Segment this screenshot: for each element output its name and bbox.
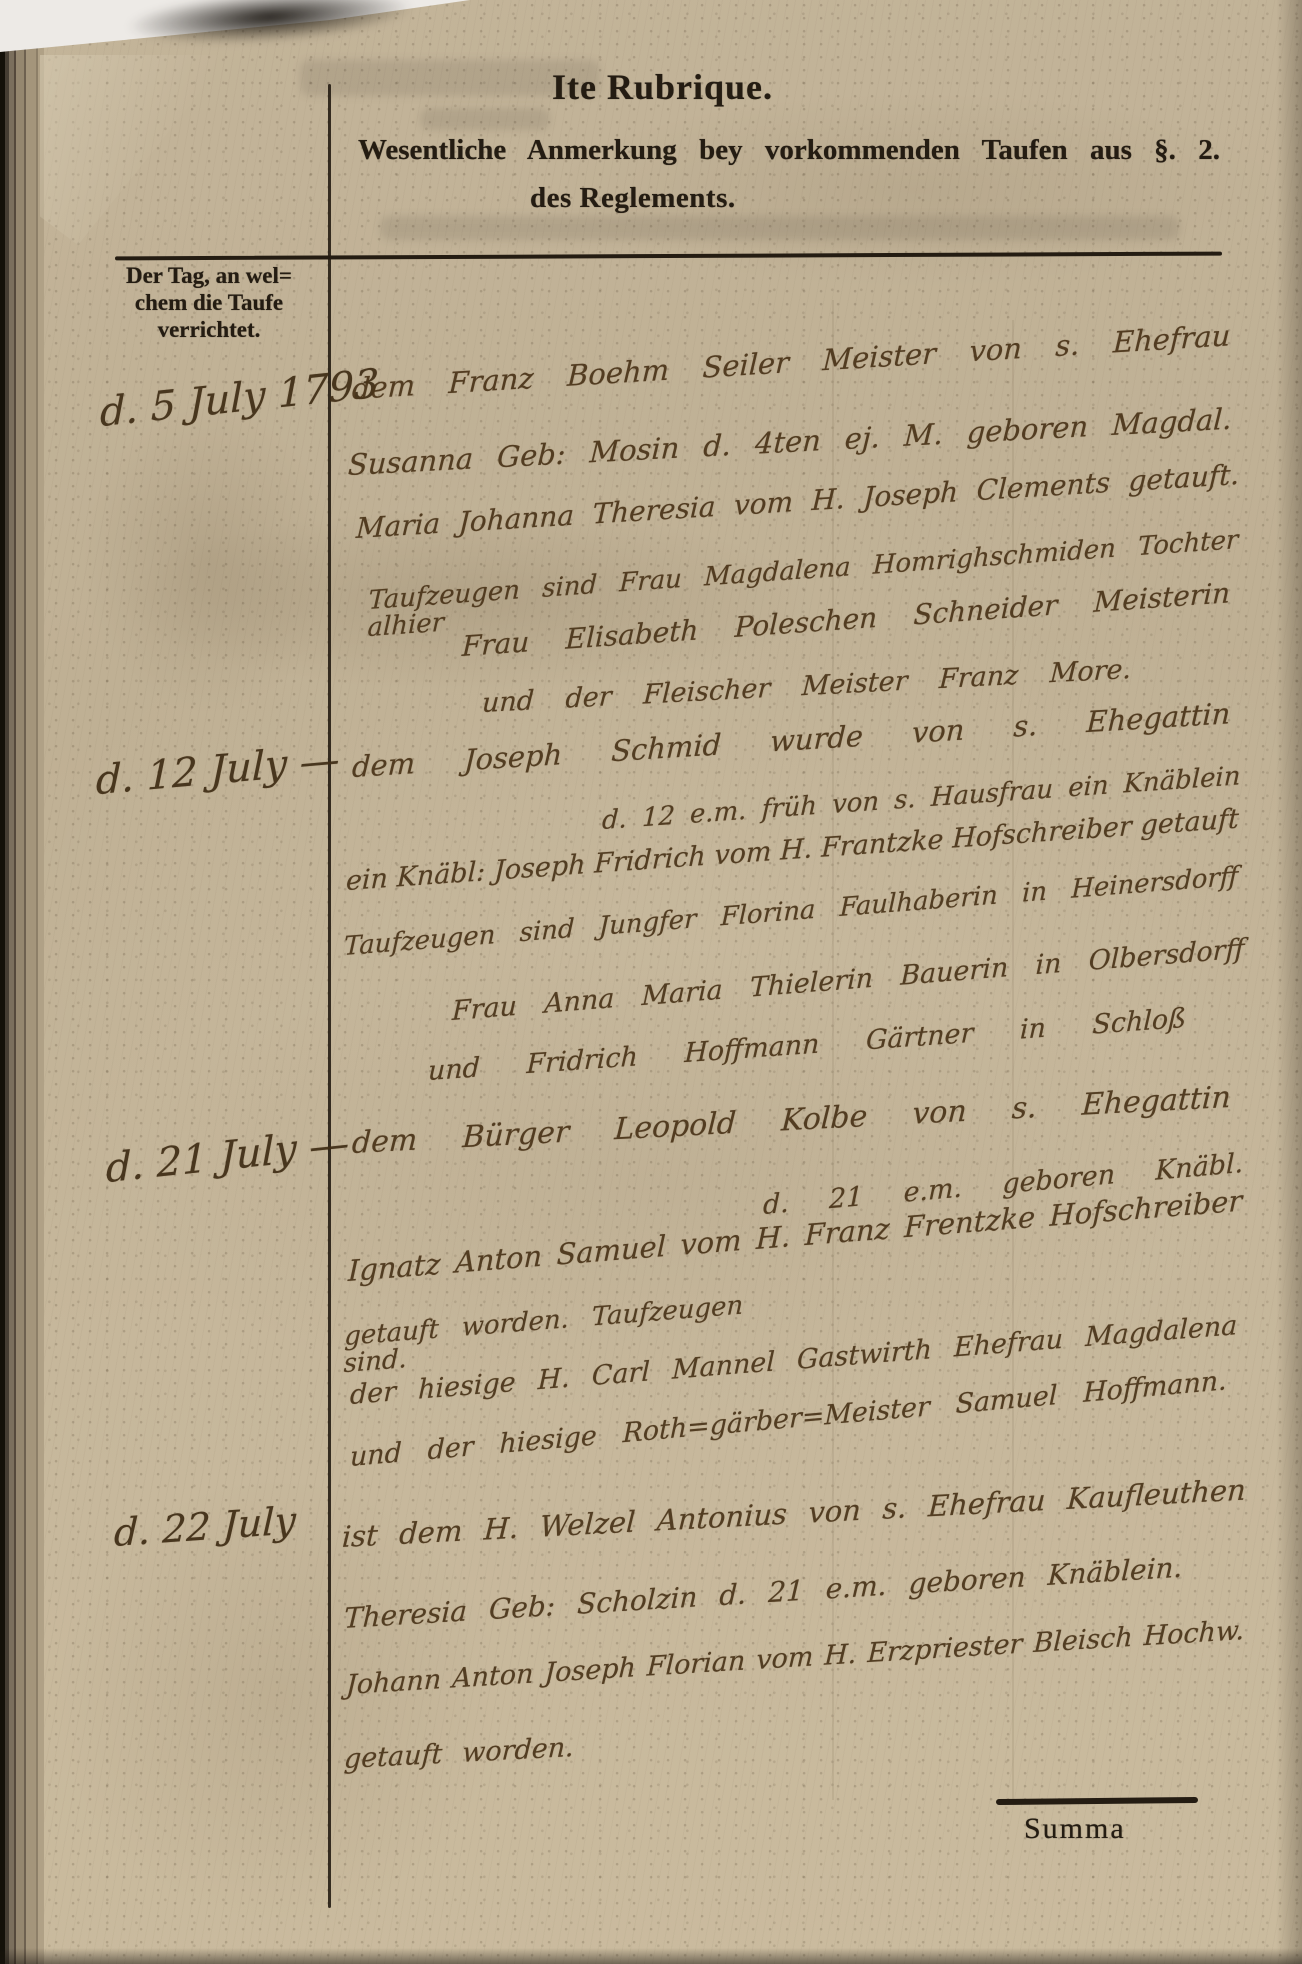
date-column-header-line2: chem die Taufe [104, 289, 314, 316]
date-column-header: Der Tag, an wel= chem die Taufe verricht… [104, 262, 314, 343]
column-divider-line [328, 84, 331, 1908]
date-column-header-line1: Der Tag, an wel= [104, 262, 314, 289]
regulation-note-line2: des Reglements. [530, 182, 736, 215]
date-column-header-line3: verrichtet. [104, 316, 314, 343]
ink-bleedthrough [420, 108, 550, 130]
ink-bleedthrough [380, 216, 1180, 240]
register-page-scan: Ite Rubrique. Wesentliche Anmerkung bey … [0, 0, 1302, 1964]
summa-label: Summa [1024, 1812, 1126, 1846]
right-edge-shadow [1276, 0, 1302, 1964]
rubric-title: Ite Rubrique. [552, 66, 773, 108]
regulation-note-line1: Wesentliche Anmerkung bey vorkommenden T… [358, 134, 1220, 167]
book-binding-edge [0, 0, 44, 1964]
bottom-edge-shadow [0, 1948, 1302, 1964]
